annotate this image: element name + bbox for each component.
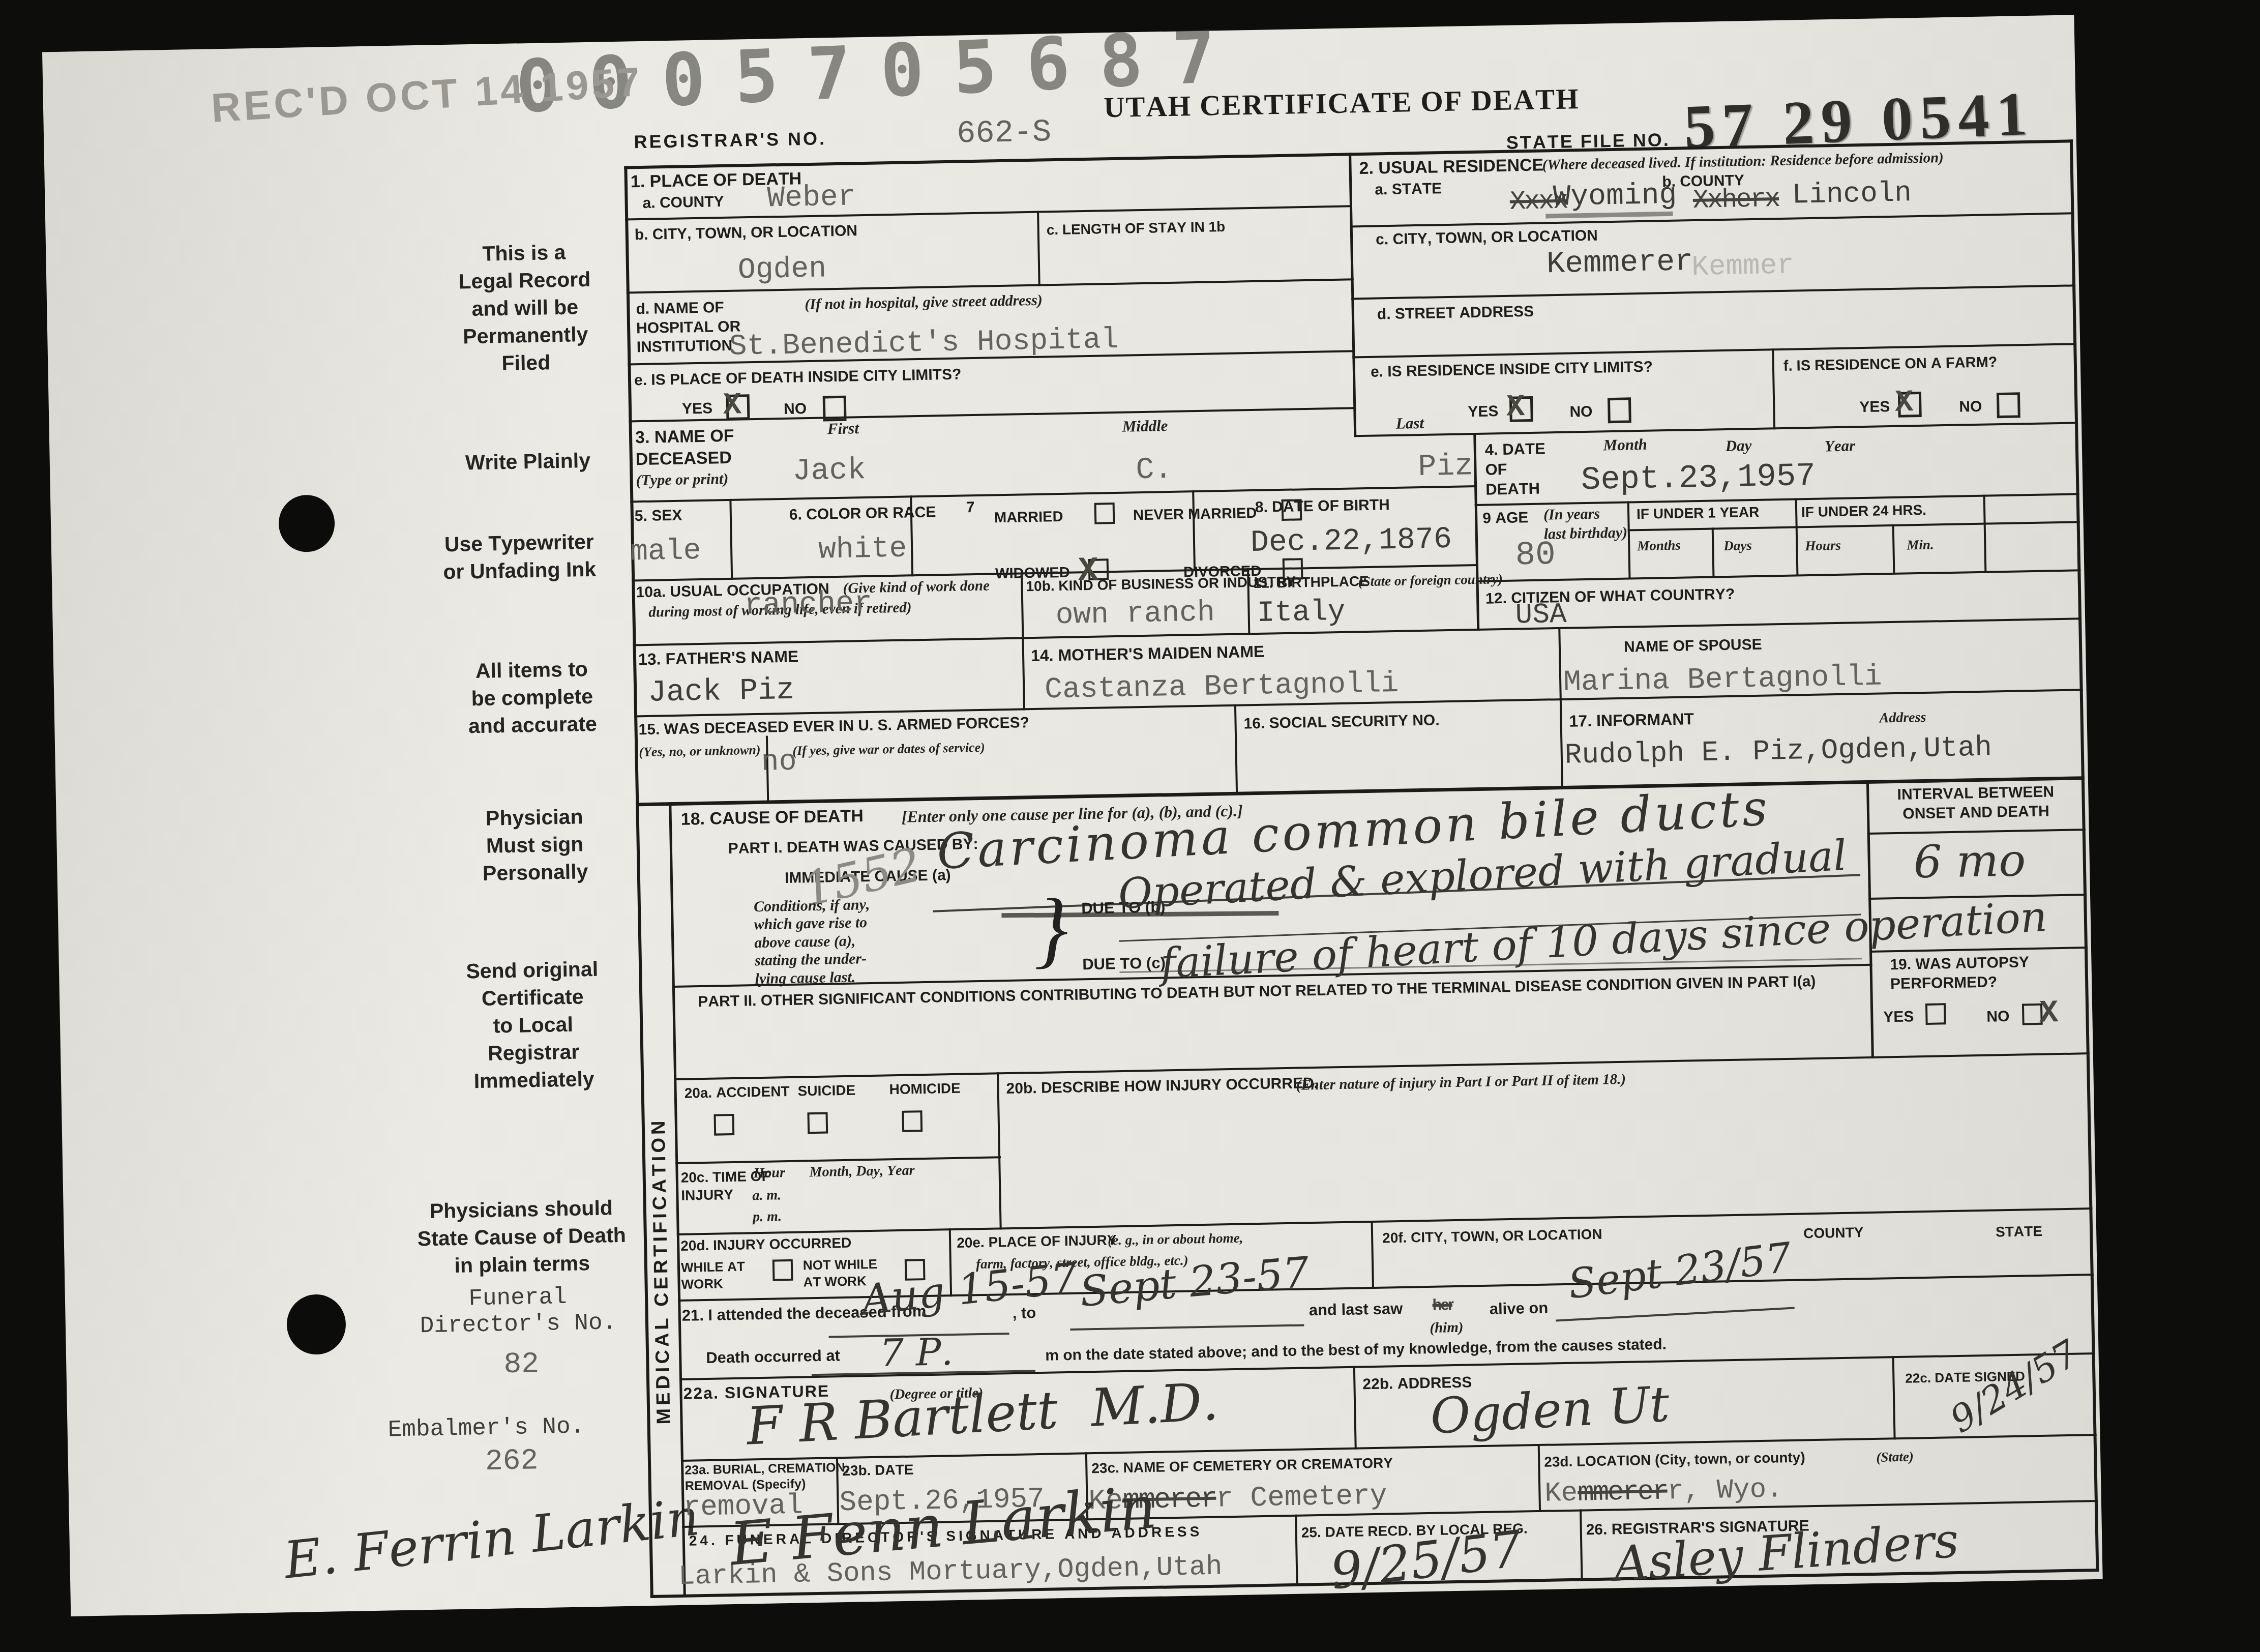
age-hint: (In years last birthday): [1543, 504, 1628, 544]
interval-value-handwritten: 6 mo: [1913, 834, 2026, 888]
medical-certification-vertical-label: MEDICAL CERTIFICATION: [648, 1117, 675, 1425]
registrar-no-label: REGISTRAR'S NO.: [634, 127, 826, 153]
cemetery-label: 23c. NAME OF CEMETERY OR CREMATORY: [1091, 1454, 1393, 1477]
age-label: 9 AGE: [1482, 508, 1529, 528]
margin-note-plain-terms: Physicians should State Cause of Death i…: [363, 1193, 680, 1281]
autopsy-label: 19. WAS AUTOPSY PERFORMED?: [1890, 953, 2030, 993]
age-value: 80: [1515, 536, 1556, 574]
type-or-print-hint: (Type or print): [636, 469, 728, 490]
punch-hole: [286, 1294, 346, 1355]
sex-value: male: [630, 535, 701, 569]
race-label: 6. COLOR OR RACE: [789, 503, 936, 524]
checkbox-while-at-work: [772, 1259, 793, 1281]
middle-name-label: Middle: [1122, 416, 1168, 436]
funeral-director-no-value: 82: [503, 1348, 540, 1381]
place-of-injury-hint1: (e. g., in or about home,: [1108, 1230, 1243, 1250]
father-name-value: Jack Piz: [648, 673, 795, 711]
county-label: a. COUNTY: [642, 192, 724, 213]
margin-note-write-plainly: Write Plainly: [405, 446, 650, 478]
checkbox-residence-farm-no: [1997, 392, 2020, 418]
mother-name-label: 14. MOTHER'S MAIDEN NAME: [1031, 641, 1265, 666]
death-occurred-suffix: m on the date stated above; and to the b…: [1045, 1327, 2093, 1365]
checkbox-homicide: [902, 1110, 923, 1132]
margin-note-complete: All items to be complete and accurate: [409, 654, 655, 741]
residence-county-value: Lincoln: [1792, 176, 1912, 211]
occupation-value: rancher: [744, 586, 873, 624]
informant-address-label: Address: [1879, 709, 1926, 727]
checkmark-residence-city-limits-yes: X: [1506, 390, 1525, 425]
date-of-death-label: 4. DATE OF DEATH: [1484, 439, 1546, 499]
embalmer-no-value: 262: [485, 1444, 539, 1479]
armed-forces-hint2: (If yes, give war or dates of service): [792, 740, 985, 759]
never-married-label: NEVER MARRIED: [1133, 504, 1257, 525]
no-label: NO: [1959, 397, 1982, 417]
interval-label: INTERVAL BETWEEN ONSET AND DEATH: [1872, 782, 2079, 823]
spouse-name-label: NAME OF SPOUSE: [1624, 635, 1762, 657]
day-label: Day: [1725, 436, 1751, 456]
checkbox-death-city-limits-no: [823, 396, 847, 422]
residence-state-value: Wyoming: [1553, 179, 1677, 214]
alive-on-label: alive on: [1489, 1299, 1548, 1319]
conditions-brace: }: [1033, 875, 1069, 983]
residence-farm-label: f. IS RESIDENCE ON A FARM?: [1783, 353, 1998, 375]
first-name-label: First: [827, 419, 859, 439]
checkbox-married: [1094, 503, 1115, 524]
business-value: own ranch: [1055, 596, 1215, 632]
residence-county-struck: Xxherx: [1692, 184, 1779, 216]
birthplace-hint: (State or foreign country): [1358, 571, 1503, 591]
race-value: white: [818, 533, 907, 567]
embalmer-signature: E. Ferrin Larkin: [281, 1487, 702, 1590]
mother-name-value: Castanza Bertagnolli: [1045, 667, 1399, 707]
hours-label: Hours: [1805, 537, 1841, 555]
armed-forces-label: 15. WAS DECEASED EVER IN U. S. ARMED FOR…: [638, 713, 1029, 740]
describe-injury-hint: (Enter nature of injury in Part I or Par…: [1296, 1070, 1626, 1095]
month-label: Month: [1603, 435, 1647, 455]
pm-label: p. m.: [753, 1207, 782, 1226]
funeral-director-no-label: Funeral Director's No.: [396, 1282, 641, 1340]
injury-city-label: 20f. CITY, TOWN, OR LOCATION: [1382, 1225, 1602, 1247]
checkbox-suicide: [807, 1112, 828, 1134]
checkbox-residence-city-limits-no: [1608, 397, 1631, 423]
married-label: MARRIED: [994, 508, 1063, 527]
residence-city-limits-label: e. IS RESIDENCE INSIDE CITY LIMITS?: [1371, 358, 1653, 382]
name-of-deceased-label: 3. NAME OF DECEASED: [635, 425, 735, 470]
her-label-struck: her: [1432, 1295, 1452, 1315]
if-under-1-year-label: IF UNDER 1 YEAR: [1637, 503, 1760, 523]
conditions-note: Conditions, if any, which gave rise to a…: [754, 896, 872, 988]
death-occurred-label: Death occurred at: [706, 1346, 840, 1368]
location-value: Kemmererr, Wyo.: [1544, 1474, 1783, 1510]
days-label: Days: [1723, 537, 1752, 555]
injury-state-label: STATE: [1996, 1222, 2042, 1241]
checkmark-residence-farm-yes: X: [1895, 386, 1914, 421]
physician-address: Ogden Ut: [1429, 1375, 1671, 1445]
margin-note-legal-record: This is a Legal Record and will be Perma…: [402, 237, 648, 379]
place-of-injury-label: 20e. PLACE OF INJURY: [957, 1231, 1117, 1252]
ssn-label: 16. SOCIAL SECURITY NO.: [1243, 711, 1440, 733]
yes-label: YES: [1859, 397, 1890, 417]
suicide-label: SUICIDE: [797, 1081, 855, 1100]
injury-county-label: COUNTY: [1803, 1223, 1864, 1242]
last-saw-label: and last saw: [1309, 1299, 1403, 1320]
informant-label: 17. INFORMANT: [1569, 709, 1694, 731]
residence-state-label: a. STATE: [1375, 179, 1442, 199]
certificate-paper: 0005705687 REC'D OCT 14 1957 REGISTRAR'S…: [42, 15, 2103, 1616]
sex-label: 5. SEX: [635, 506, 682, 526]
father-name-label: 13. FATHER'S NAME: [638, 646, 799, 669]
yes-label: YES: [1468, 402, 1499, 422]
birthplace-value: Italy: [1257, 596, 1346, 630]
marital-status-number: 7: [966, 498, 974, 517]
armed-forces-hint1: (Yes, no, or unknown): [639, 742, 761, 761]
margin-note-send-original: Send original Certificate to Local Regis…: [410, 954, 657, 1096]
citizen-value: USA: [1515, 598, 1567, 632]
accident-label: 20a. ACCIDENT: [684, 1082, 790, 1102]
birthplace-label: 11. BIRTHPLACE: [1253, 572, 1369, 592]
death-time-value: 7 P.: [879, 1330, 953, 1375]
margin-note-typewriter: Use Typewriter or Unfading Ink: [386, 527, 652, 587]
registrar-no-value: 662-S: [957, 114, 1052, 152]
no-label: NO: [784, 399, 807, 419]
date-of-birth-label: 8. DATE OF BIRTH: [1255, 495, 1390, 517]
last-alive-value: Sept 23/57: [1565, 1233, 1794, 1308]
checkbox-autopsy-yes: [1925, 1003, 1946, 1025]
middle-name-value: C.: [1136, 453, 1173, 488]
location-state-hint: (State): [1876, 1449, 1914, 1466]
burial-date-label: 23b. DATE: [842, 1461, 914, 1480]
hospital-value: St.Benedict's Hospital: [729, 323, 1119, 364]
month-day-year-label: Month, Day, Year: [809, 1161, 915, 1181]
residence-city-ghost: Kemmer: [1691, 249, 1795, 283]
checkbox-accident: [713, 1114, 734, 1136]
yes-label: YES: [682, 399, 713, 419]
punch-hole: [278, 494, 335, 552]
no-label: NO: [1986, 1007, 2010, 1026]
hospital-hint: (If not in hospital, give street address…: [805, 291, 1043, 314]
attended-to-label: , to: [1012, 1303, 1036, 1323]
while-at-work-label: WHILE AT WORK: [681, 1258, 746, 1292]
attended-from-value: Aug 15-57: [859, 1254, 1080, 1324]
hospital-label: d. NAME OF HOSPITAL OR INSTITUTION: [636, 298, 741, 357]
checkmark-autopsy-no: X: [2039, 995, 2059, 1031]
spouse-name-value: Marina Bertagnolli: [1563, 660, 1883, 699]
length-of-stay-label: c. LENGTH OF STAY IN 1b: [1046, 218, 1225, 239]
armed-forces-value: no: [761, 746, 797, 779]
informant-value: Rudolph E. Piz,Ogden,Utah: [1564, 731, 1992, 771]
first-name-value: Jack: [792, 453, 866, 489]
if-under-24-hrs-label: IF UNDER 24 HRS.: [1801, 501, 1926, 521]
cause-of-death-label: 18. CAUSE OF DEATH: [680, 805, 864, 830]
residence-city-value: Kemmerer: [1547, 245, 1693, 282]
him-label: (him): [1430, 1318, 1464, 1337]
usual-residence-hint: (Where deceased lived. If institution: R…: [1542, 149, 1944, 174]
months-label: Months: [1637, 537, 1681, 555]
min-label: Min.: [1907, 537, 1934, 554]
margin-note-physician-sign: Physician Must sign Personally: [412, 802, 658, 889]
location-label: 23d. LOCATION (City, town, or county): [1544, 1448, 1805, 1470]
date-of-death-value: Sept.23,1957: [1581, 458, 1816, 499]
describe-injury-label: 20b. DESCRIBE HOW INJURY OCCURRED.: [1006, 1074, 1318, 1099]
no-label: NO: [1569, 402, 1593, 422]
yes-label: YES: [1883, 1007, 1914, 1027]
death-city-limits-label: e. IS PLACE OF DEATH INSIDE CITY LIMITS?: [634, 365, 962, 390]
year-label: Year: [1824, 436, 1855, 456]
am-label: a. m.: [752, 1186, 781, 1204]
city-value: Ogden: [738, 252, 827, 287]
last-name-value: Piz: [1418, 449, 1473, 485]
injury-occurred-label: 20d. INJURY OCCURRED: [680, 1234, 852, 1255]
hour-label: Hour: [753, 1164, 785, 1182]
homicide-label: HOMICIDE: [889, 1079, 961, 1099]
last-name-label: Last: [1395, 414, 1424, 434]
death-certificate-scan: 0005705687 REC'D OCT 14 1957 REGISTRAR'S…: [0, 0, 2260, 1652]
residence-city-label: c. CITY, TOWN, OR LOCATION: [1376, 226, 1598, 249]
checkmark-death-city-limits-yes: X: [723, 388, 741, 423]
county-value: Weber: [767, 181, 856, 215]
embalmer-no-label: Embalmer's No.: [388, 1413, 584, 1443]
date-of-birth-value: Dec.22,1876: [1250, 522, 1452, 560]
street-address-label: d. STREET ADDRESS: [1377, 302, 1534, 324]
usual-residence-section-label: 2. USUAL RESIDENCE: [1359, 154, 1543, 179]
city-label: b. CITY, TOWN, OR LOCATION: [634, 221, 857, 245]
